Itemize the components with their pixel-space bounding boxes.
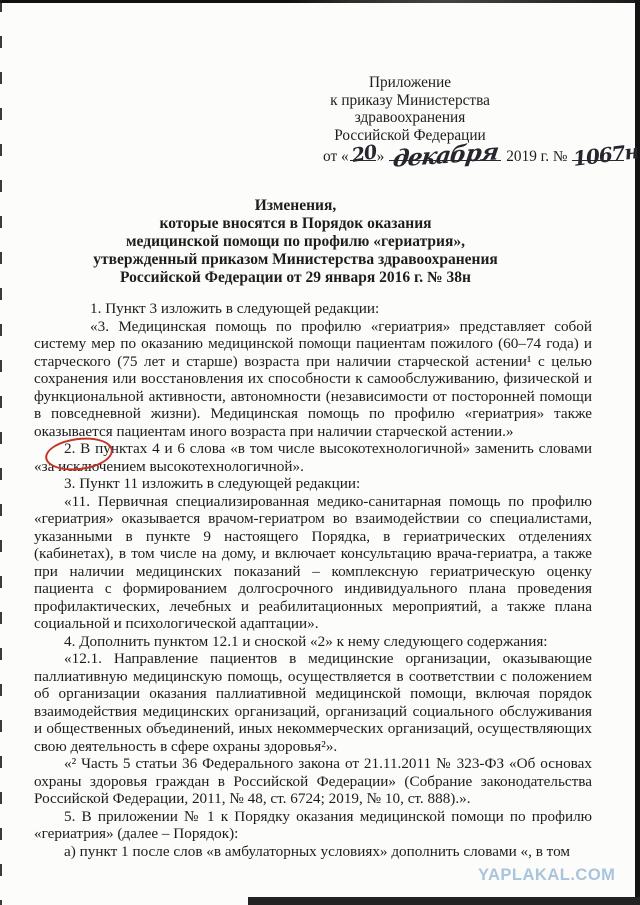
appendix-header: Приложение к приказу Министерства здраво…	[292, 74, 528, 166]
header-line-2: к приказу Министерства здравоохранения	[292, 92, 528, 127]
paragraph-3: 2. В пунктах 4 и 6 слова «в том числе вы…	[34, 440, 592, 475]
date-day-blank: 20	[350, 145, 376, 161]
title-line-1: Изменения,	[33, 197, 558, 215]
paragraph-2: «3. Медицинская помощь по профилю «гериа…	[34, 318, 592, 441]
date-close-quote: »	[377, 148, 385, 165]
header-line-1: Приложение	[292, 74, 528, 92]
paragraph-9: 5. В приложении № 1 к Порядку оказания м…	[34, 808, 592, 843]
scan-edge-top	[0, 0, 640, 3]
title-line-5: Российской Федерации от 29 января 2016 г…	[33, 269, 558, 287]
title-line-2: которые вносятся в Порядок оказания	[33, 215, 558, 233]
scan-edge-left	[0, 0, 2, 905]
paragraph-6: 4. Дополнить пунктом 12.1 и сноской «2» …	[34, 633, 592, 651]
header-date-line: от «20»декабря2019 г. №1067н	[323, 145, 528, 166]
paragraph-10: а) пункт 1 после слов «в амбулаторных ус…	[34, 843, 592, 861]
paragraph-5: «11. Первичная специализированная медико…	[34, 493, 592, 633]
date-year-number-label: 2019 г. №	[506, 148, 567, 165]
scanned-document-page: Приложение к приказу Министерства здраво…	[0, 0, 640, 905]
watermark-yaplakal: YAPLAKAL.COM	[478, 866, 615, 885]
paragraph-8-footnote: «² Часть 5 статьи 36 Федерального закона…	[34, 755, 592, 808]
date-prefix: от «	[323, 148, 349, 165]
date-month-blank: декабря	[389, 145, 501, 161]
scan-edge-right	[635, 0, 640, 905]
title-line-3: медицинской помощи по профилю «гериатрия…	[33, 233, 558, 251]
document-title: Изменения, которые вносятся в Порядок ок…	[33, 197, 558, 287]
handwritten-number: 1067н	[573, 143, 640, 168]
paragraph-4: 3. Пункт 11 изложить в следующей редакци…	[34, 475, 592, 493]
handwritten-month: декабря	[392, 143, 499, 168]
handwritten-day: 20	[350, 144, 377, 165]
title-line-4: утвержденный приказом Министерства здрав…	[33, 251, 558, 269]
date-number-blank: 1067н	[572, 145, 624, 161]
paragraph-1: 1. Пункт 3 изложить в следующей редакции…	[34, 300, 592, 318]
document-body: 1. Пункт 3 изложить в следующей редакции…	[34, 300, 592, 860]
paragraph-7: «12.1. Направление пациентов в медицинск…	[34, 650, 592, 755]
scan-edge-bottom	[248, 897, 640, 905]
